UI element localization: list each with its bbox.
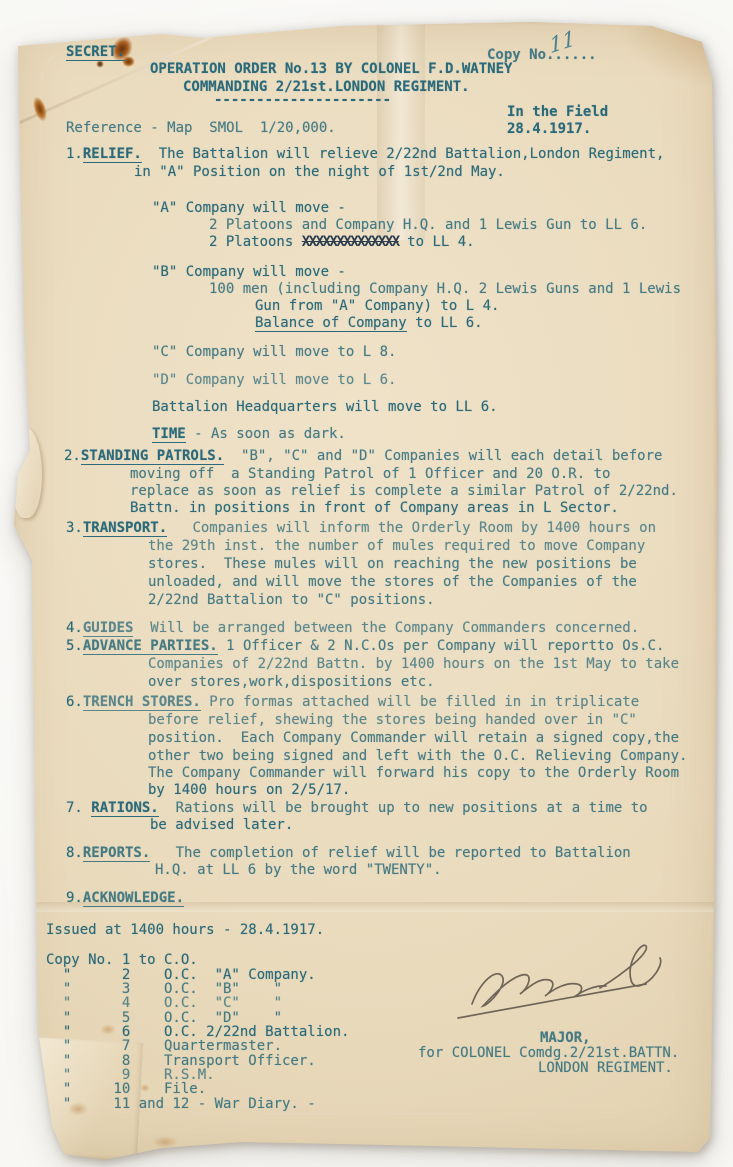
section-advance-line1: 5.ADVANCE PARTIES. 1 Officer & 2 N.C.Os …: [66, 638, 664, 655]
section-heading: REPORTS.: [83, 845, 150, 862]
fold-crease-vertical: [377, 20, 425, 240]
classification-text: SECRET.: [66, 44, 125, 61]
section-number: 6.: [66, 694, 83, 710]
section-heading: TRENCH STORES.: [83, 694, 201, 711]
c-company-line: "C" Company will move to L 8.: [152, 344, 396, 361]
section-trench-line1: 6.TRENCH STORES. Pro formas attached wil…: [66, 694, 639, 711]
time-label: TIME: [152, 426, 186, 443]
issued-line: Issued at 1400 hours - 28.4.1917.: [46, 922, 324, 939]
section-heading: ADVANCE PARTIES.: [83, 638, 218, 655]
section-number: 8.: [66, 845, 83, 861]
photo-of-document: SECRET. Copy No...... 11 OPERATION ORDER…: [0, 0, 733, 1167]
section-heading: RATIONS.: [91, 800, 158, 817]
section-number: 7.: [66, 800, 91, 816]
section-number: 9.: [66, 890, 83, 906]
stain: [152, 1136, 178, 1148]
section-guides-line1: 4.GUIDES Will be arranged between the Co…: [66, 620, 639, 637]
time-line: TIME - As soon as dark.: [152, 426, 346, 443]
section-text: Companies will inform the Orderly Room b…: [167, 520, 656, 536]
section-text: "B", "C" and "D" Companies will each det…: [224, 448, 662, 464]
section-trench-line5: The Company Commander will forward his c…: [148, 765, 679, 782]
underlined-text: Balance of Company: [255, 315, 407, 332]
section-reports-line2: H.Q. at LL 6 by the word "TWENTY".: [155, 862, 442, 879]
section-heading: RELIEF.: [83, 146, 142, 163]
a-company-intro: "A" Company will move -: [152, 200, 346, 217]
section-advance-line3: over stores,work,dispositions etc.: [148, 674, 435, 691]
text: to LL 6.: [407, 315, 483, 331]
b-company-move3: Balance of Company to LL 6.: [255, 315, 483, 332]
section-relief-line1: 1.RELIEF. The Battalion will relieve 2/2…: [66, 146, 664, 163]
rust-mark: [96, 60, 104, 68]
section-heading: GUIDES: [83, 620, 134, 637]
section-transport-line4: unloaded, and will move the stores of th…: [148, 574, 637, 591]
section-number: 3.: [66, 520, 83, 536]
b-company-intro: "B" Company will move -: [152, 264, 346, 281]
section-text: 1 Officer & 2 N.C.Os per Company will re…: [218, 638, 665, 654]
section-text: Pro formas attached will be filled in in…: [201, 694, 639, 710]
text-before-strike: 2 Platoons: [209, 234, 302, 250]
section-text: The Battalion will relieve 2/22nd Battal…: [142, 146, 665, 162]
section-heading: TRANSPORT.: [83, 520, 167, 537]
b-company-move1: 100 men (including Company H.Q. 2 Lewis …: [209, 281, 681, 298]
section-transport-line5: 2/22nd Battalion to "C" positions.: [148, 592, 435, 609]
section-trench-line4: other two being signed and left with the…: [148, 748, 687, 765]
section-acknowledge-line: 9.ACKNOWLEDGE.: [66, 890, 184, 907]
struck-out-text: XXXXXXXXXXXXXX: [302, 234, 399, 250]
section-patrols-line4: Battn. in positions in front of Company …: [130, 500, 619, 517]
section-trench-line3: position. Each Company Commander will re…: [148, 730, 679, 747]
section-rations-line2: be advised later.: [150, 817, 293, 834]
section-text: Rations will be brought up to new positi…: [159, 800, 648, 816]
section-relief-line2: in "A" Position on the night of 1st/2nd …: [134, 164, 505, 181]
handwritten-signature: [450, 938, 685, 1028]
a-company-move2: 2 Platoons XXXXXXXXXXXXXX to LL 4.: [209, 234, 475, 251]
section-patrols-line3: replace as soon as relief is complete a …: [130, 483, 678, 500]
section-transport-line3: stores. These mules will on reaching the…: [148, 556, 637, 573]
section-transport-line2: the 29th inst. the number of mules requi…: [148, 538, 645, 555]
section-transport-line1: 3.TRANSPORT. Companies will inform the O…: [66, 520, 656, 537]
left-edge-tear: [12, 428, 42, 518]
section-text: Will be arranged between the Company Com…: [133, 620, 639, 636]
b-company-move2: Gun from "A" Company) to L 4.: [255, 298, 499, 315]
section-number: 4.: [66, 620, 83, 636]
text-after-strike: to LL 4.: [399, 234, 475, 250]
copy-distribution-row: " 11 and 12 - War Diary. -: [46, 1096, 316, 1113]
section-number: 1.: [66, 146, 83, 162]
section-number: 5.: [66, 638, 83, 654]
title-underline-dashes: ---------------------: [214, 92, 391, 109]
d-company-line: "D" Company will move to L 6.: [152, 372, 396, 389]
section-text: The completion of relief will be reporte…: [150, 845, 630, 861]
section-reports-line1: 8.REPORTS. The completion of relief will…: [66, 845, 631, 862]
signoff-regiment: LONDON REGIMENT.: [538, 1060, 673, 1077]
order-title-line1: OPERATION ORDER No.13 BY COLONEL F.D.WAT…: [150, 61, 512, 78]
reference-line: Reference - Map SMOL 1/20,000.: [66, 120, 336, 137]
section-advance-line2: Companies of 2/22nd Battn. by 1400 hours…: [148, 656, 679, 673]
section-trench-line2: before relief, shewing the stores being …: [148, 712, 637, 729]
classification-label: SECRET.: [66, 44, 125, 61]
section-heading: STANDING PATROLS.: [81, 448, 224, 465]
section-rations-line1: 7. RATIONS. Rations will be brought up t…: [66, 800, 648, 817]
time-text: - As soon as dark.: [186, 426, 346, 442]
section-patrols-line1: 2.STANDING PATROLS. "B", "C" and "D" Com…: [64, 448, 662, 465]
a-company-move1: 2 Platoons and Company H.Q. and 1 Lewis …: [209, 217, 647, 234]
section-patrols-line2: moving off a Standing Patrol of 1 Office…: [130, 466, 610, 483]
section-heading: ACKNOWLEDGE.: [83, 890, 184, 907]
battalion-hq-line: Battalion Headquarters will move to LL 6…: [152, 399, 498, 416]
date-line: 28.4.1917.: [507, 121, 591, 138]
section-trench-line6: by 1400 hours on 2/5/17.: [148, 782, 350, 799]
section-number: 2.: [64, 448, 81, 464]
place-line: In the Field: [507, 104, 608, 121]
rust-mark: [30, 95, 49, 123]
